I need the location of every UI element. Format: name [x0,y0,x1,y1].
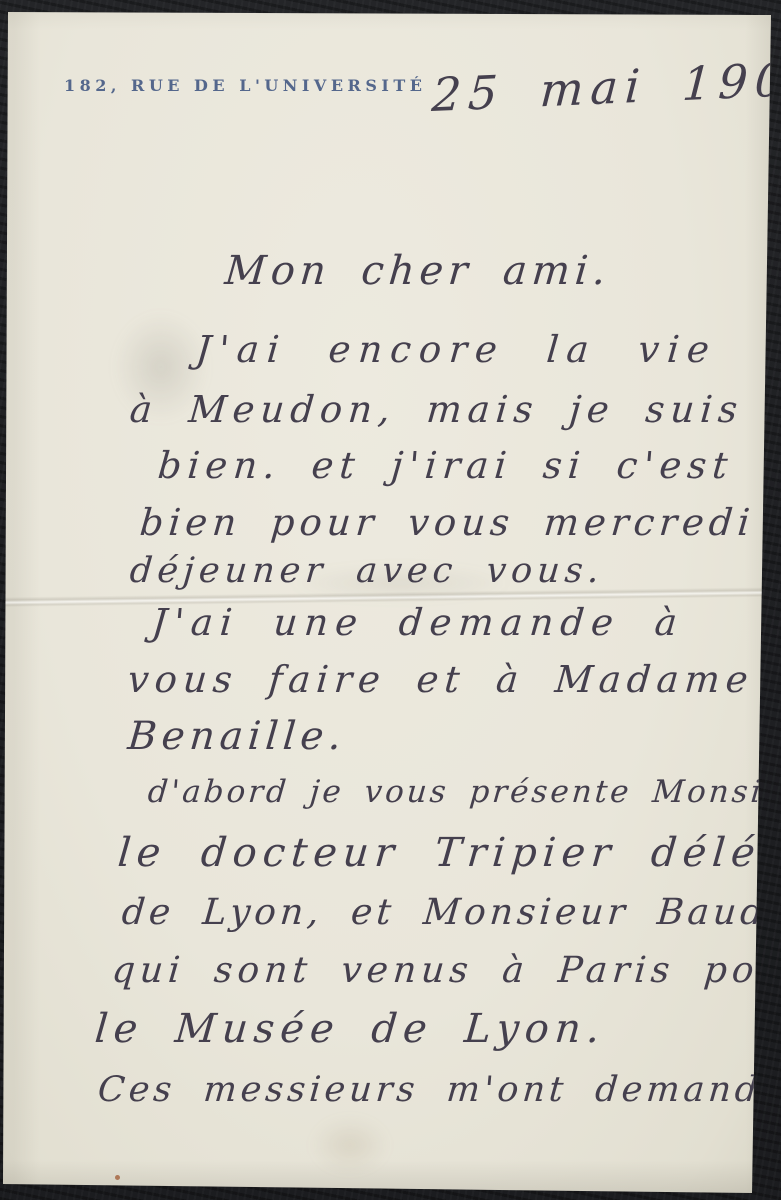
letter-line: Benaille. [126,714,348,759]
letter-line: Ces messieurs m'ont demandé [96,1070,781,1110]
letter-line: vous faire et à Madame [126,658,755,701]
letter-line: qui sont venus à Paris pour [110,950,781,991]
letter-line: de Lyon, et Monsieur Baudin [120,892,781,933]
letter-line: déjeuner avec vous. [128,551,605,591]
letterhead-address: 182, RUE DE L'UNIVERSITÉ [64,76,426,95]
paper-speck [115,1175,120,1180]
letter-paper: 182, RUE DE L'UNIVERSITÉ 25 mai 1903 Mon… [0,0,781,1200]
letter-line: bien pour vous mercredi [138,501,756,544]
letter-line-salutation: Mon cher ami. [223,248,613,294]
photo-background: 182, RUE DE L'UNIVERSITÉ 25 mai 1903 Mon… [0,0,781,1200]
letter-line: le Musée de Lyon. [93,1006,608,1052]
letter-line: d'abord je vous présente Monsieur [146,774,781,810]
letter-line: le docteur Tripier délégué [116,830,781,876]
letter-line: J'ai une demande à [150,601,686,644]
letter-line: à Meudon, mais je suis [128,388,745,431]
paper-smudge [295,1105,405,1185]
letter-line: J'ai encore la vie [194,328,719,371]
letter-line: bien. et j'irai si c'est [156,444,735,487]
